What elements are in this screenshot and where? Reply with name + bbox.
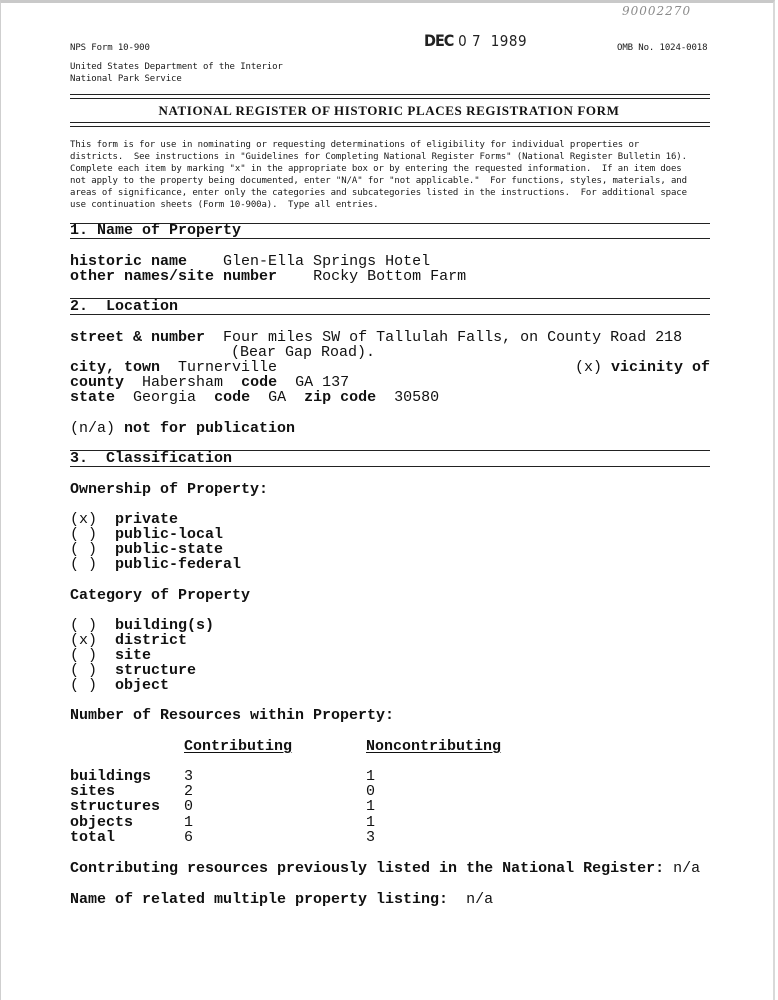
state-code-label: code [214,389,250,406]
state-row: state Georgia code GA zip code 30580 [70,390,439,405]
form-number: NPS Form 10-900 [70,42,150,54]
state-code-value: GA [268,389,286,406]
column-header-contributing: Contributing [184,739,292,754]
ownership-option-public-federal[interactable]: ( ) public-federal [70,557,241,572]
historic-name-row: historic name Glen-Ella Springs Hotel [70,254,430,269]
title-top-rule-1 [70,94,710,95]
date-received-stamp: DEC 0 7 1989 [424,31,527,50]
previously-listed-row: Contributing resources previously listed… [70,861,700,876]
omb-number: OMB No. 1024-0018 [617,42,707,54]
category-option-district[interactable]: (x) district [70,633,187,648]
other-names-label: other names/site number [70,268,277,285]
instructions-line-5: areas of significance, enter only the ca… [70,187,687,199]
resource-row-label-structures: structures [70,799,160,814]
form-title: NATIONAL REGISTER OF HISTORIC PLACES REG… [0,103,778,119]
section3-heading: 3. Classification [70,451,232,466]
title-bottom-rule-1 [70,122,710,123]
county-row: county Habersham code GA 137 [70,375,349,390]
street-row: street & number Four miles SW of Tallula… [70,330,682,345]
vicinity-row: (x) vicinity of [575,360,710,375]
resource-noncontributing-total: 3 [366,830,375,845]
resource-noncontributing-structures: 1 [366,799,375,814]
stamp-day: 0 7 [458,32,481,50]
ownership-heading: Ownership of Property: [70,482,268,497]
category-heading: Category of Property [70,588,250,603]
category-option-object[interactable]: ( ) object [70,678,169,693]
stamp-year: 1989 [491,32,527,50]
multiple-listing-label: Name of related multiple property listin… [70,891,448,908]
previously-listed-label: Contributing resources previously listed… [70,860,664,877]
multiple-listing-value: n/a [466,891,493,908]
category-option-site[interactable]: ( ) site [70,648,151,663]
resource-row-label-buildings: buildings [70,769,151,784]
ownership-checkbox[interactable]: ( ) [70,556,97,573]
multiple-listing-row: Name of related multiple property listin… [70,892,493,907]
ownership-option-public-local[interactable]: ( ) public-local [70,527,223,542]
agency-service: National Park Service [70,73,182,85]
not-for-publication-checkbox[interactable]: (n/a) [70,420,115,437]
state-value: Georgia [133,389,196,406]
agency-department: United States Department of the Interior [70,61,283,73]
resource-contributing-structures: 0 [184,799,193,814]
instructions-line-3: Complete each item by marking "x" in the… [70,163,682,175]
zip-label: zip code [304,389,376,406]
state-label: state [70,389,115,406]
street-label: street & number [70,329,205,346]
resource-row-label-objects: objects [70,815,133,830]
category-checkbox[interactable]: ( ) [70,677,97,694]
resources-heading: Number of Resources within Property: [70,708,394,723]
resource-row-label-sites: sites [70,784,115,799]
other-names-row: other names/site number Rocky Bottom Far… [70,269,466,284]
street-value-line2: (Bear Gap Road). [231,345,375,360]
instructions-line-2: districts. See instructions in "Guidelin… [70,151,687,163]
not-for-publication-label: not for publication [124,420,295,437]
title-bottom-rule-2 [70,126,710,127]
ownership-option-public-state[interactable]: ( ) public-state [70,542,223,557]
vicinity-checkbox[interactable]: (x) [575,359,602,376]
resource-noncontributing-buildings: 1 [366,769,375,784]
resource-noncontributing-sites: 0 [366,784,375,799]
resource-row-label-total: total [70,830,115,845]
instructions-line-1: This form is for use in nominating or re… [70,139,639,151]
section1-underline [70,238,710,239]
other-names-value: Rocky Bottom Farm [313,268,466,285]
section1-heading: 1. Name of Property [70,223,241,238]
not-for-publication-row: (n/a) not for publication [70,421,295,436]
zip-value: 30580 [394,389,439,406]
instructions-line-6: use continuation sheets (Form 10-900a). … [70,199,378,211]
column-header-noncontributing: Noncontributing [366,739,501,754]
vicinity-label: vicinity of [611,359,710,376]
resource-contributing-sites: 2 [184,784,193,799]
previously-listed-value: n/a [673,860,700,877]
handwritten-reference-number: 90002270 [622,4,691,18]
ownership-option-label: public-federal [115,556,241,573]
resource-contributing-objects: 1 [184,815,193,830]
ownership-option-private[interactable]: (x) private [70,512,178,527]
city-row: city, town Turnerville [70,360,277,375]
resource-noncontributing-objects: 1 [366,815,375,830]
resource-contributing-buildings: 3 [184,769,193,784]
title-top-rule-2 [70,98,710,99]
category-option-structure[interactable]: ( ) structure [70,663,196,678]
instructions-line-4: not apply to the property being document… [70,175,687,187]
section3-underline [70,466,710,467]
section2-heading: 2. Location [70,299,178,314]
resource-contributing-total: 6 [184,830,193,845]
category-option-label: object [115,677,169,694]
stamp-month: DEC [424,31,453,50]
section2-underline [70,314,710,315]
category-option-buildings[interactable]: ( ) building(s) [70,618,214,633]
